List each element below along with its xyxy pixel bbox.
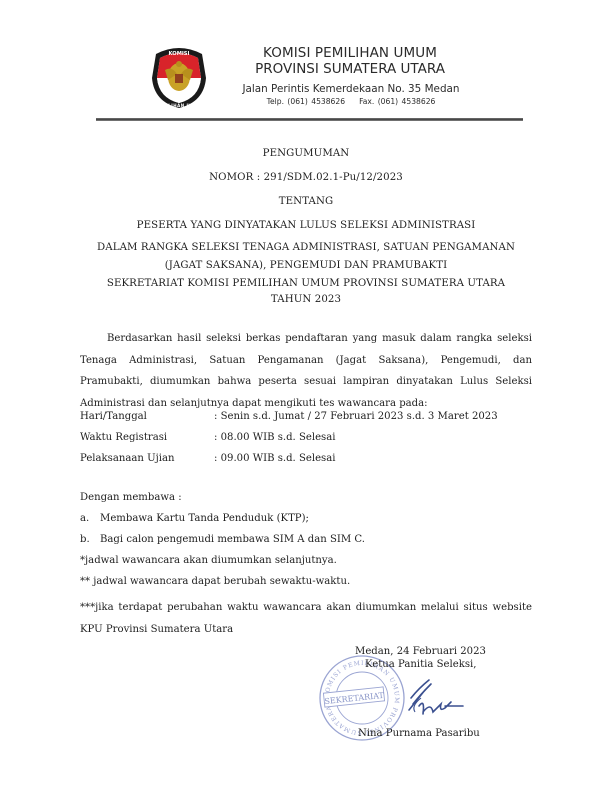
schedule-value: : Senin s.d. Jumat / 27 Februari 2023 s.… [214,411,498,422]
schedule-label: Pelaksanaan Ujian [80,453,214,464]
note: *jadwal wawancara akan diumumkan selanju… [80,555,337,566]
schedule-row: Waktu Registrasi: 08.00 WIB s.d. Selesai [80,432,336,443]
schedule-row: Pelaksanaan Ujian: 09.00 WIB s.d. Selesa… [80,453,336,464]
announcement-about: TENTANG [60,196,552,207]
handwritten-signature-icon [405,676,469,718]
kpu-logo-icon: KOMISI PEMILIHAN UMUM [150,44,208,110]
org-name: KOMISI PEMILIHAN UMUM [240,45,460,61]
announcement-number: NOMOR : 291/SDM.02.1-Pu/12/2023 [60,172,552,183]
signatory-role: Ketua Panitia Seleksi, [365,659,476,670]
org-address: Jalan Perintis Kemerdekaan No. 35 Medan [240,83,462,95]
subject-line: SEKRETARIAT KOMISI PEMILIHAN UMUM PROVIN… [60,278,552,289]
schedule-label: Waktu Registrasi [80,432,214,443]
requirements-intro: Dengan membawa : [80,492,182,503]
body-paragraph: Berdasarkan hasil seleksi berkas pendaft… [80,328,532,414]
signatory-name: Nina Purnama Pasaribu [358,728,480,739]
schedule-value: : 08.00 WIB s.d. Selesai [214,432,336,443]
letterhead-divider [96,118,523,121]
subject-line: TAHUN 2023 [60,294,552,305]
schedule-row: Hari/Tanggal: Senin s.d. Jumat / 27 Febr… [80,411,498,422]
announcement-heading: PENGUMUMAN [60,148,552,159]
org-contact: Telp. (061) 4538626Fax. (061) 4538626 [240,97,462,106]
requirement-item: b.Bagi calon pengemudi membawa SIM A dan… [80,534,365,545]
org-province: PROVINSI SUMATERA UTARA [240,61,460,77]
svg-text:PEMILIHAN UMUM: PEMILIHAN UMUM [155,103,203,108]
list-marker: b. [80,534,100,545]
requirement-item: a.Membawa Kartu Tanda Penduduk (KTP); [80,513,309,524]
subject-line: PESERTA YANG DINYATAKAN LULUS SELEKSI AD… [60,220,552,231]
requirement-text: Membawa Kartu Tanda Penduduk (KTP); [100,513,309,524]
telephone: Telp. (061) 4538626 [267,97,345,106]
svg-text:KOMISI: KOMISI [169,51,190,57]
fax: Fax. (061) 4538626 [359,97,435,106]
requirement-text: Bagi calon pengemudi membawa SIM A dan S… [100,534,365,545]
note: ***jika terdapat perubahan waktu wawanca… [80,597,532,640]
signature-place-date: Medan, 24 Februari 2023 [355,646,486,657]
subject-line: (JAGAT SAKSANA), PENGEMUDI DAN PRAMUBAKT… [60,260,552,271]
list-marker: a. [80,513,100,524]
subject-line: DALAM RANGKA SELEKSI TENAGA ADMINISTRASI… [60,242,552,253]
schedule-value: : 09.00 WIB s.d. Selesai [214,453,336,464]
note: ** jadwal wawancara dapat berubah sewakt… [80,576,350,587]
schedule-label: Hari/Tanggal [80,411,214,422]
